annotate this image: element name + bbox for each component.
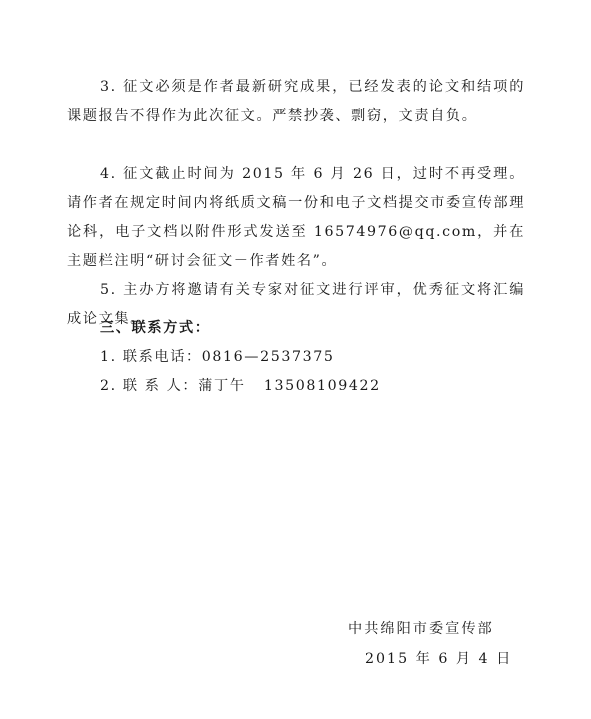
signature-organization: 中共绵阳市委宣传部 — [348, 618, 494, 638]
section-heading: 三、联系方式： — [100, 318, 211, 338]
paragraph-item-4: 4. 征文截止时间为 2015 年 6 月 26 日，过时不再受理。请作者在规定… — [67, 160, 525, 276]
signature-date: 2015 年 6 月 4 日 — [365, 648, 512, 668]
document-page: 3. 征文必须是作者最新研究成果，已经发表的论文和结项的课题报告不得作为此次征文… — [0, 0, 591, 719]
contact-person: 2. 联 系 人：蒲丁午 13508109422 — [100, 376, 381, 396]
contact-phone: 1. 联系电话：0816—2537375 — [100, 347, 334, 367]
paragraph-item-3: 3. 征文必须是作者最新研究成果，已经发表的论文和结项的课题报告不得作为此次征文… — [67, 73, 525, 131]
